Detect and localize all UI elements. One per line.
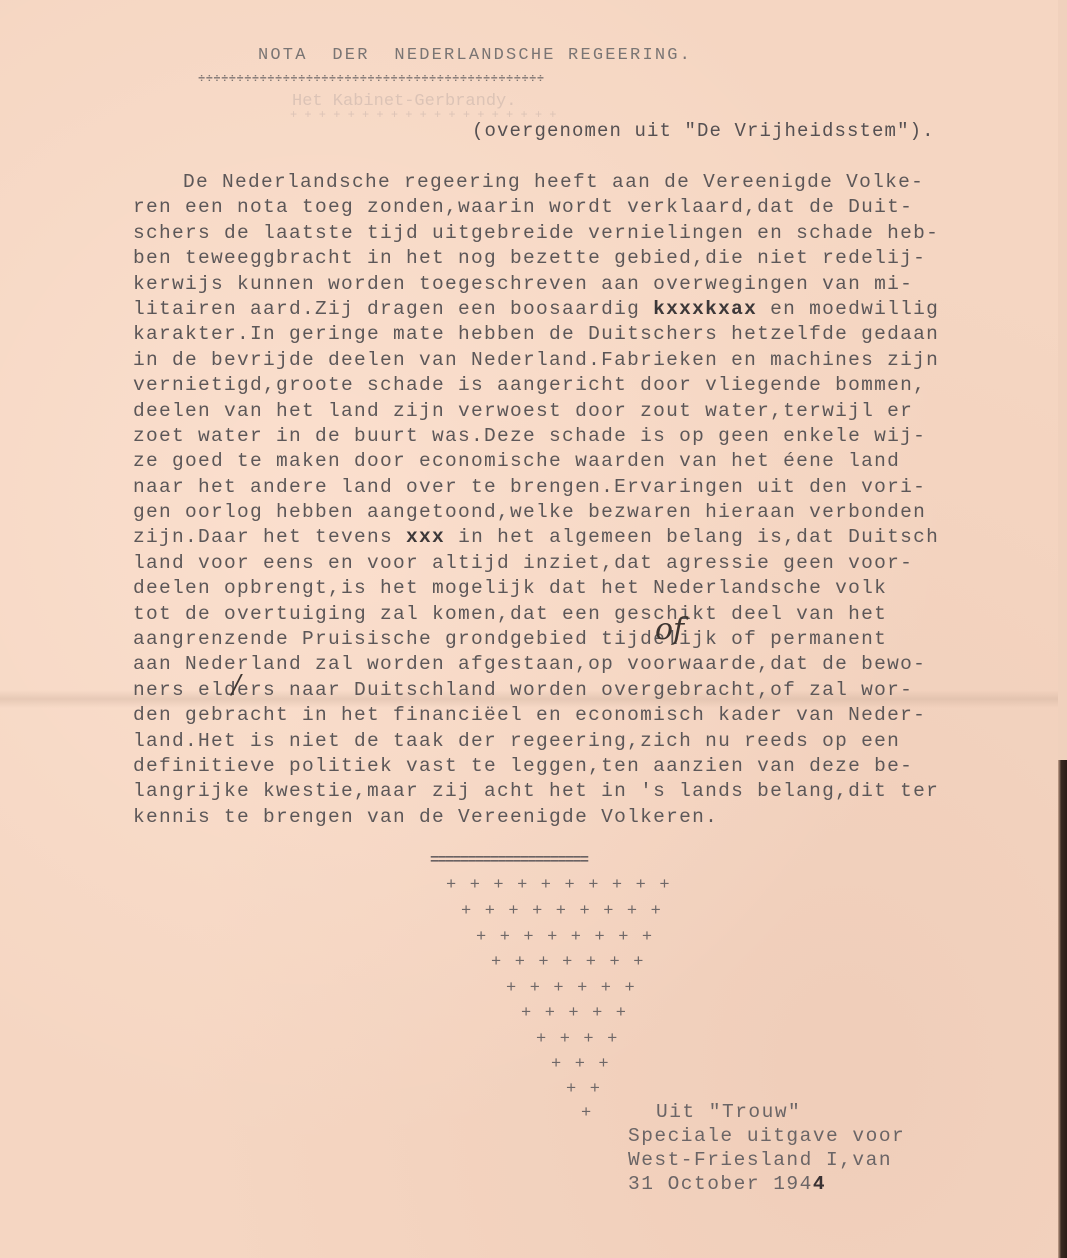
- edition-note: Speciale uitgave voor: [628, 1124, 905, 1148]
- document-title: NOTA DER NEDERLANDSCHE REGEERING.: [258, 46, 692, 65]
- body-line: land.Het is niet de taak der regeering,z…: [133, 729, 1063, 754]
- cross-row-9: ++: [566, 1080, 613, 1099]
- edition-date: 31 October 1944: [628, 1172, 905, 1196]
- body-line: karakter.In geringe mate hebben de Duits…: [133, 322, 1063, 347]
- body-line: aan Nederland zal worden afgestaan,op vo…: [133, 652, 1063, 677]
- body-line: langrijke kwestie,maar zij acht het in '…: [133, 779, 1063, 804]
- body-line-head: litairen aard.Zij dragen een boosaardig: [133, 298, 653, 320]
- cross-row-6: +++++: [521, 1004, 640, 1023]
- body-line: ren een nota toeg zonden,waarin wordt ve…: [133, 195, 1063, 220]
- handwritten-correction-of: of: [655, 612, 684, 647]
- body-line: kerwijs kunnen worden toegeschreven aan …: [133, 272, 1063, 297]
- body-line: kennis te brengen van de Vereenigde Volk…: [133, 805, 1063, 830]
- body-line: naar het andere land over te brengen.Erv…: [133, 475, 1063, 500]
- cross-row-1: ++++++++++: [446, 876, 683, 895]
- cross-row-2: +++++++++: [461, 902, 674, 921]
- body-line: gen oorlog hebben aangetoond,welke bezwa…: [133, 500, 1063, 525]
- body-line: definitieve politiek vast te leggen,ten …: [133, 754, 1063, 779]
- cross-row-7: ++++: [536, 1030, 631, 1049]
- body-line: ners elders naar Duitschland worden over…: [133, 678, 1063, 703]
- body-line-tail: en moedwillig: [757, 298, 939, 320]
- body-line: zoet water in de buurt was.Deze schade i…: [133, 424, 1063, 449]
- body-line: land voor eens en voor altijd inziet,dat…: [133, 551, 1063, 576]
- body-line: schers de laatste tijd uitgebreide verni…: [133, 221, 1063, 246]
- body-line: ben teweeggbracht in het nog bezette geb…: [133, 246, 1063, 271]
- source-newspaper: Uit "Trouw": [628, 1100, 905, 1124]
- body-line-head: zijn.Daar het tevens: [133, 526, 406, 548]
- title-underline-rule: ÷÷÷÷÷÷÷÷÷÷÷÷÷÷÷÷÷÷÷÷÷÷÷÷÷÷÷÷÷÷÷÷÷÷÷÷÷÷÷÷…: [198, 72, 545, 86]
- handwritten-slash-mark: /: [232, 670, 241, 700]
- edition-region: West-Friesland I,van: [628, 1148, 905, 1172]
- typed-strikeout: kxxxkxax: [653, 298, 757, 320]
- body-line: vernietigd,groote schade is aangericht d…: [133, 373, 1063, 398]
- body-line: in de bevrijde deelen van Nederland.Fabr…: [133, 348, 1063, 373]
- date-text: 31 October 194: [628, 1173, 813, 1195]
- cross-row-4: +++++++: [491, 953, 657, 972]
- body-line: deelen van het land zijn verwoest door z…: [133, 399, 1063, 424]
- separator-rule: =====================: [430, 852, 588, 869]
- body-line: tot de overtuiging zal komen,dat een ges…: [133, 602, 1063, 627]
- body-line: deelen opbrengt,is het mogelijk dat het …: [133, 576, 1063, 601]
- body-line-with-strikeout: zijn.Daar het tevens xxx in het algemeen…: [133, 525, 1063, 550]
- signature-block: Uit "Trouw" Speciale uitgave voor West-F…: [628, 1100, 905, 1196]
- body-line-with-strikeout: litairen aard.Zij dragen een boosaardig …: [133, 297, 1063, 322]
- body-line: aangrenzende Pruisische grondgebied tijd…: [133, 627, 1063, 652]
- body-line: ze goed te maken door economische waarde…: [133, 449, 1063, 474]
- source-note: (overgenomen uit "De Vrijheidsstem").: [472, 120, 935, 142]
- body-line-tail: in het algemeen belang is,dat Duitsch: [445, 526, 939, 548]
- body-line: den gebracht in het financiëel en econom…: [133, 703, 1063, 728]
- cross-row-10: +: [581, 1104, 605, 1123]
- cross-row-5: ++++++: [506, 979, 648, 998]
- body-line: De Nederlandsche regeering heeft aan de …: [133, 170, 1063, 195]
- cross-row-8: +++: [551, 1055, 622, 1074]
- cross-row-3: ++++++++: [476, 928, 666, 947]
- date-year-digit-overtyped: 4: [813, 1173, 826, 1195]
- body-paragraph: De Nederlandsche regeering heeft aan de …: [133, 170, 1063, 830]
- typed-strikeout: xxx: [406, 526, 445, 548]
